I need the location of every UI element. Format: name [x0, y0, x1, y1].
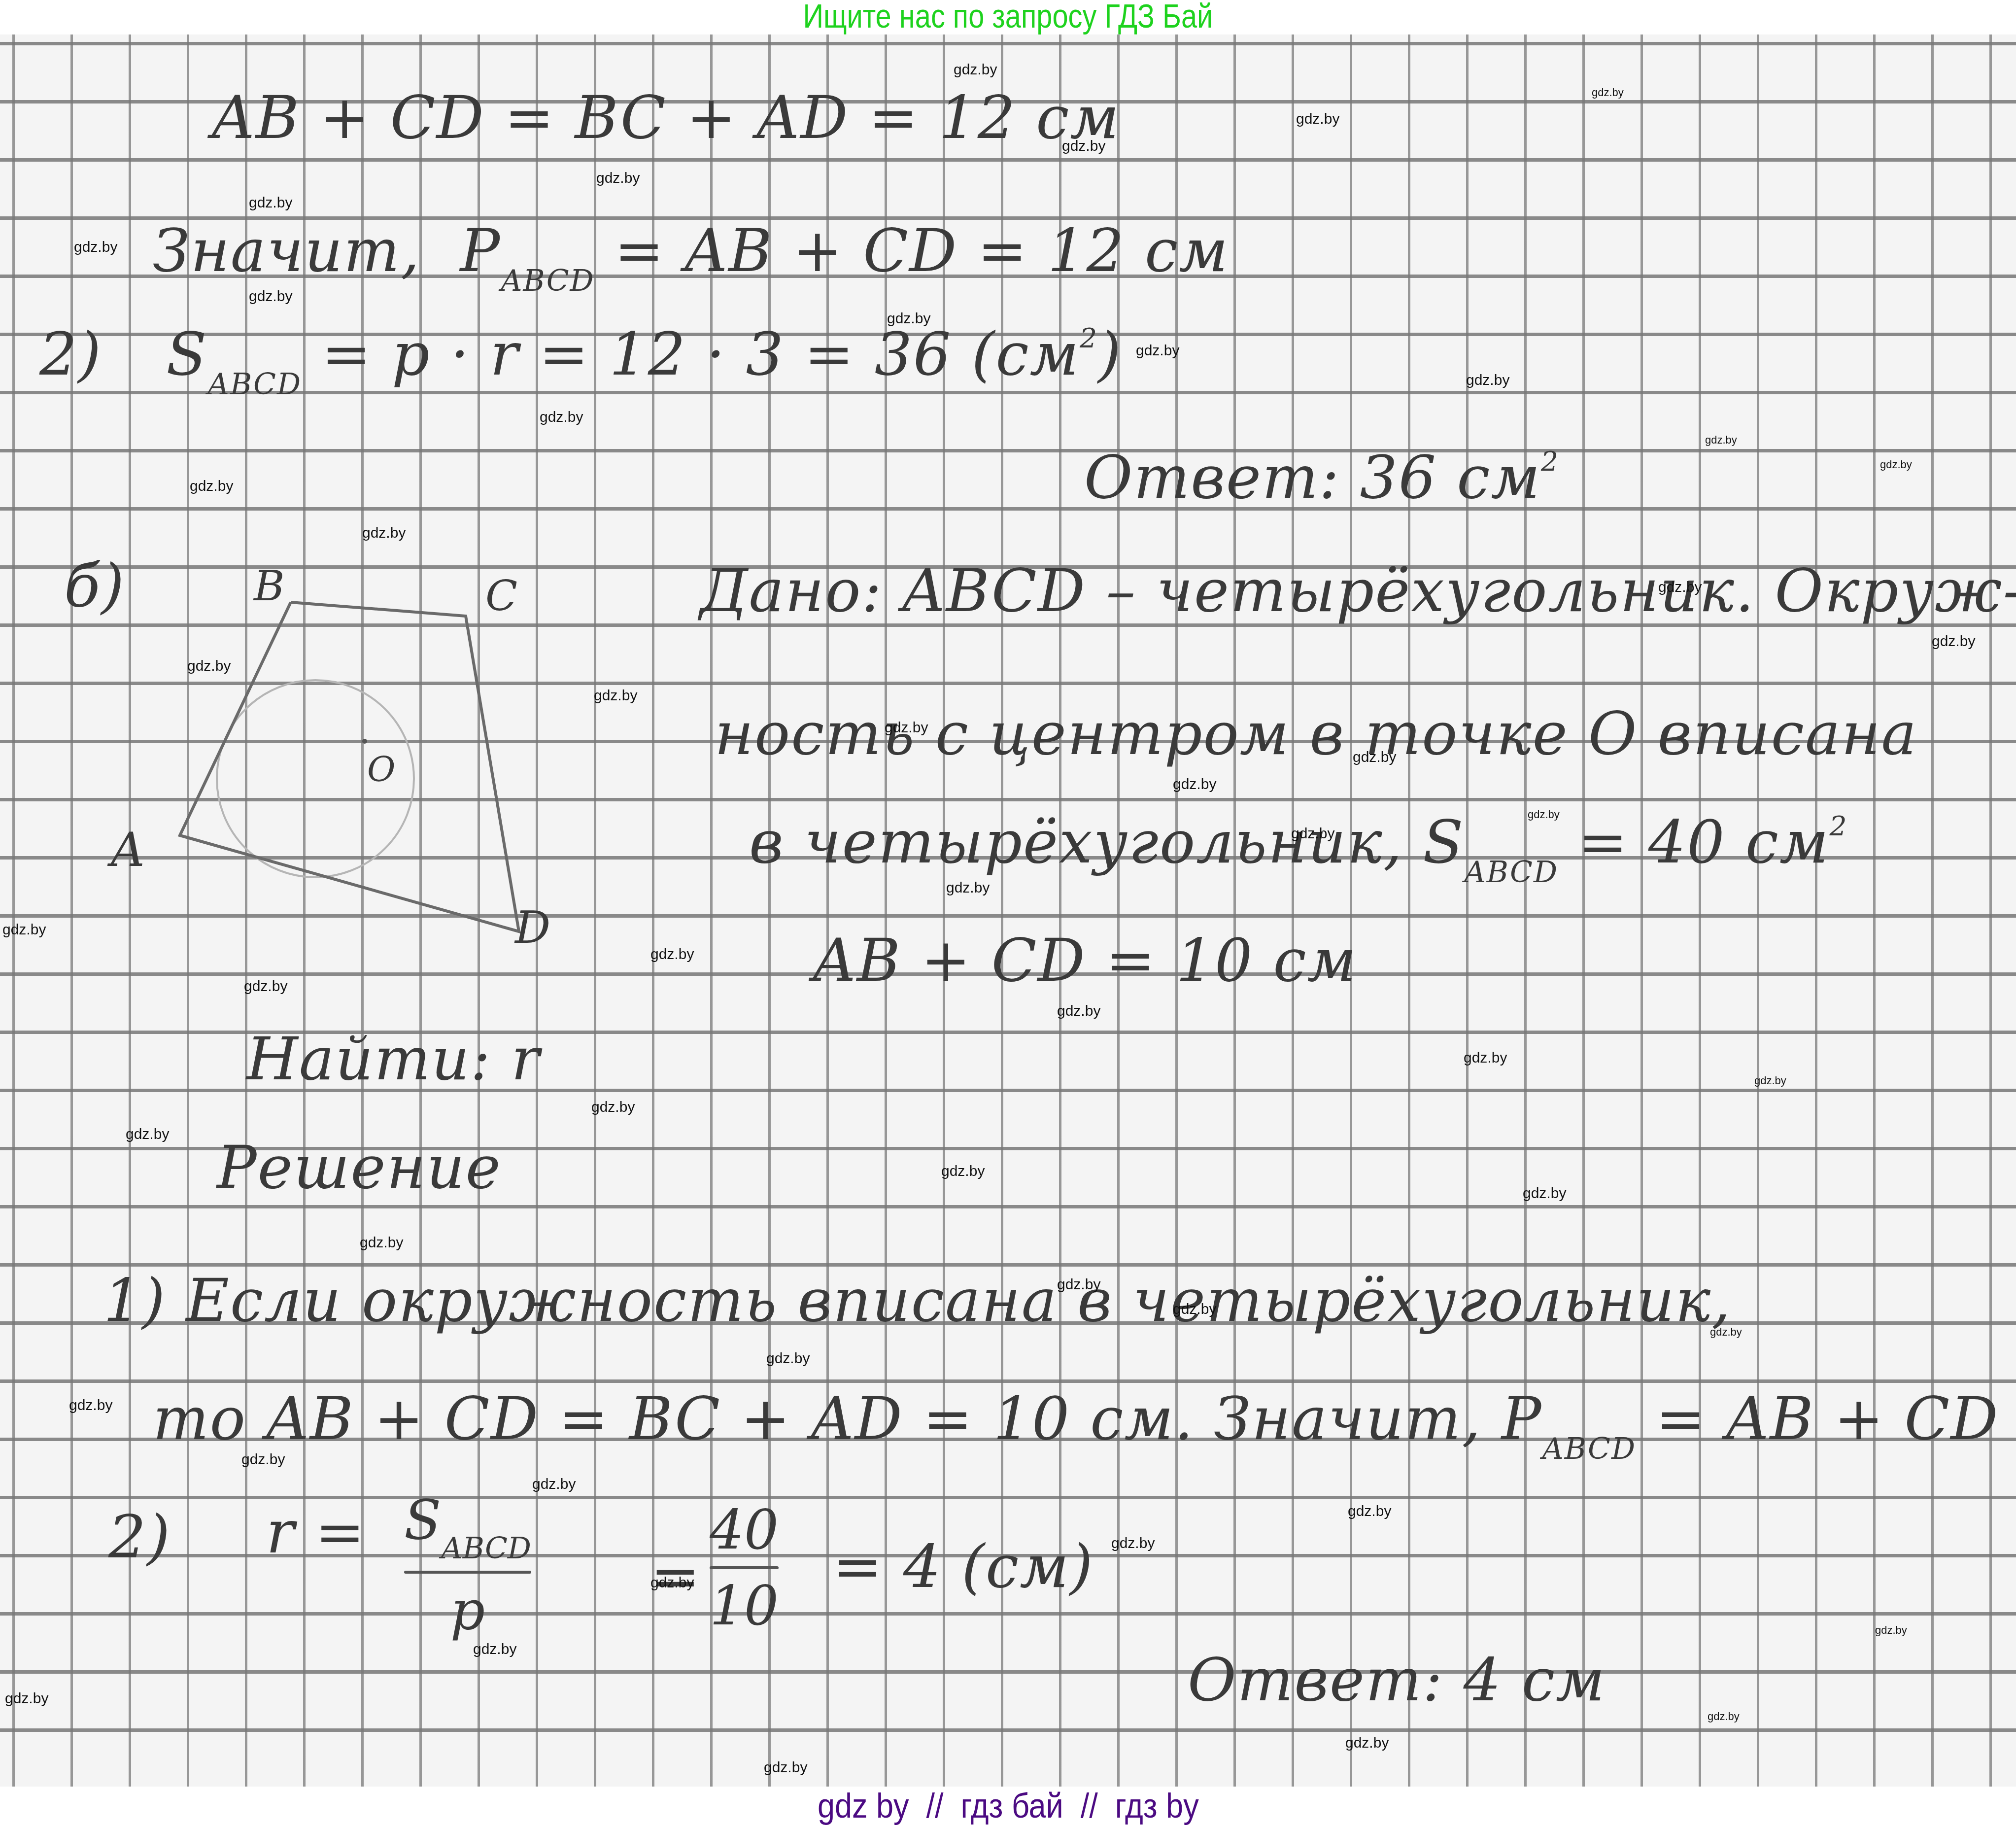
watermark: gdz.by	[1348, 1503, 1391, 1520]
watermark: gdz.by	[540, 409, 583, 426]
watermark: gdz.by	[532, 1476, 576, 1493]
watermark: gdz.by	[74, 239, 117, 256]
watermark: gdz.by	[362, 525, 406, 542]
vertex-label-d: D	[515, 902, 551, 954]
watermark: gdz.by	[1111, 1535, 1155, 1552]
step1-sub: ABCD	[1542, 1432, 1636, 1466]
bottom-banner: gdz by // гдз бай // гдз by	[0, 1787, 2016, 1825]
given-line3-rest: = 40 см	[1578, 808, 1829, 877]
center-label-o: O	[367, 749, 396, 790]
fraction2-bar	[710, 1566, 779, 1569]
watermark: gdz.by	[650, 1575, 694, 1591]
watermark: gdz.by	[1523, 1185, 1566, 1202]
watermark: gdz.by	[766, 1350, 810, 1367]
watermark: gdz.by	[954, 62, 997, 78]
fraction-bar	[404, 1571, 531, 1574]
watermark: gdz.by	[69, 1397, 112, 1414]
watermark: gdz.by	[244, 978, 287, 995]
given-line4: AB + CD = 10 см	[813, 927, 1357, 995]
step1-line2: то AB + CD = BC + AD = 10 см. Значит, PA…	[153, 1385, 2016, 1466]
center-point	[362, 739, 367, 744]
watermark: gdz.by	[1464, 1050, 1507, 1067]
watermark: gdz.by	[1875, 1624, 1907, 1637]
watermark: gdz.by	[249, 195, 292, 211]
step2-frac-num-s: S	[404, 1488, 441, 1551]
step1-line2-prefix: то AB + CD = BC + AD = 10 см. Значит,	[153, 1385, 1482, 1453]
watermark: gdz.by	[1057, 1276, 1100, 1293]
given-line3-sup: 2	[1829, 810, 1847, 842]
watermark: gdz.by	[241, 1451, 285, 1468]
watermark: gdz.by	[1592, 86, 1624, 99]
watermark: gdz.by	[594, 688, 637, 704]
step2-r: r =	[266, 1498, 366, 1567]
watermark: gdz.by	[1345, 1735, 1389, 1752]
watermark: gdz.by	[1710, 1326, 1742, 1339]
watermark: gdz.by	[249, 288, 292, 305]
watermark: gdz.by	[1880, 458, 1912, 471]
part-b-answer: Ответ: 4 см	[1188, 1646, 1606, 1715]
step1-rest: = AB + CD = 10 см	[1656, 1385, 2016, 1453]
step2-result: = 4 (см)	[833, 1533, 1094, 1601]
watermark: gdz.by	[1062, 138, 1105, 155]
watermark: gdz.by	[1291, 826, 1334, 842]
step2-frac2-den: 10	[710, 1574, 779, 1637]
watermark: gdz.by	[1136, 343, 1179, 359]
watermark: gdz.by	[941, 1163, 985, 1180]
watermark: gdz.by	[946, 880, 990, 896]
watermark: gdz.by	[360, 1235, 403, 1251]
step2-frac-den: p	[450, 1579, 485, 1642]
watermark: gdz.by	[1754, 1074, 1786, 1087]
watermark: gdz.by	[473, 1641, 516, 1658]
quadrilateral-abcd	[180, 602, 519, 931]
watermark: gdz.by	[1932, 633, 1975, 650]
given-line1: Дано: ABCD – четырёхугольник. Окруж-	[700, 557, 2016, 625]
watermark: gdz.by	[1708, 1710, 1740, 1723]
watermark: gdz.by	[1353, 749, 1396, 766]
bottom-banner-text: gdz by // гдз бай // гдз by	[818, 1787, 1199, 1825]
step1-p: P	[1502, 1385, 1542, 1453]
watermark: gdz.by	[764, 1759, 807, 1776]
watermark: gdz.by	[1466, 372, 1509, 389]
vertex-label-b: B	[254, 562, 285, 611]
step2-frac2-num: 40	[710, 1498, 779, 1561]
step2-fraction: SABCD p	[404, 1488, 531, 1642]
given-line3: в четырёхугольник, SABCD = 40 см2	[749, 808, 1847, 890]
vertex-label-c: C	[485, 572, 518, 620]
watermark: gdz.by	[885, 720, 928, 736]
watermark: gdz.by	[887, 310, 930, 327]
watermark: gdz.by	[126, 1126, 169, 1143]
watermark: gdz.by	[1528, 808, 1560, 821]
watermark: gdz.by	[1173, 776, 1216, 793]
given-line3-sub: ABCD	[1464, 855, 1558, 890]
watermark: gdz.by	[5, 1690, 48, 1707]
step1-line1: 1) Если окружность вписана в четырёхугол…	[103, 1267, 1731, 1335]
watermark: gdz.by	[591, 1099, 635, 1116]
step2-fraction2: 40 10	[710, 1498, 779, 1637]
watermark: gdz.by	[650, 946, 694, 963]
watermark: gdz.by	[187, 658, 231, 675]
watermark: gdz.by	[596, 170, 640, 187]
step2-num: 2)	[108, 1503, 171, 1572]
vertex-label-a: A	[111, 823, 146, 877]
step2-frac-num: SABCD	[404, 1488, 531, 1566]
given-line3-S: S	[1423, 808, 1464, 877]
find-label: Найти: r	[246, 1025, 541, 1094]
given-line3-prefix: в четырёхугольник,	[749, 808, 1403, 877]
watermark: gdz.by	[2, 922, 46, 938]
watermark: gdz.by	[1296, 111, 1339, 128]
watermark: gdz.by	[190, 478, 233, 495]
step2-frac-num-sub: ABCD	[441, 1531, 531, 1566]
watermark: gdz.by	[1705, 434, 1737, 447]
watermark: gdz.by	[1057, 1003, 1100, 1020]
watermark: gdz.by	[1173, 1301, 1216, 1318]
watermark: gdz.by	[1658, 579, 1702, 596]
solution-title: Решение	[217, 1134, 502, 1202]
